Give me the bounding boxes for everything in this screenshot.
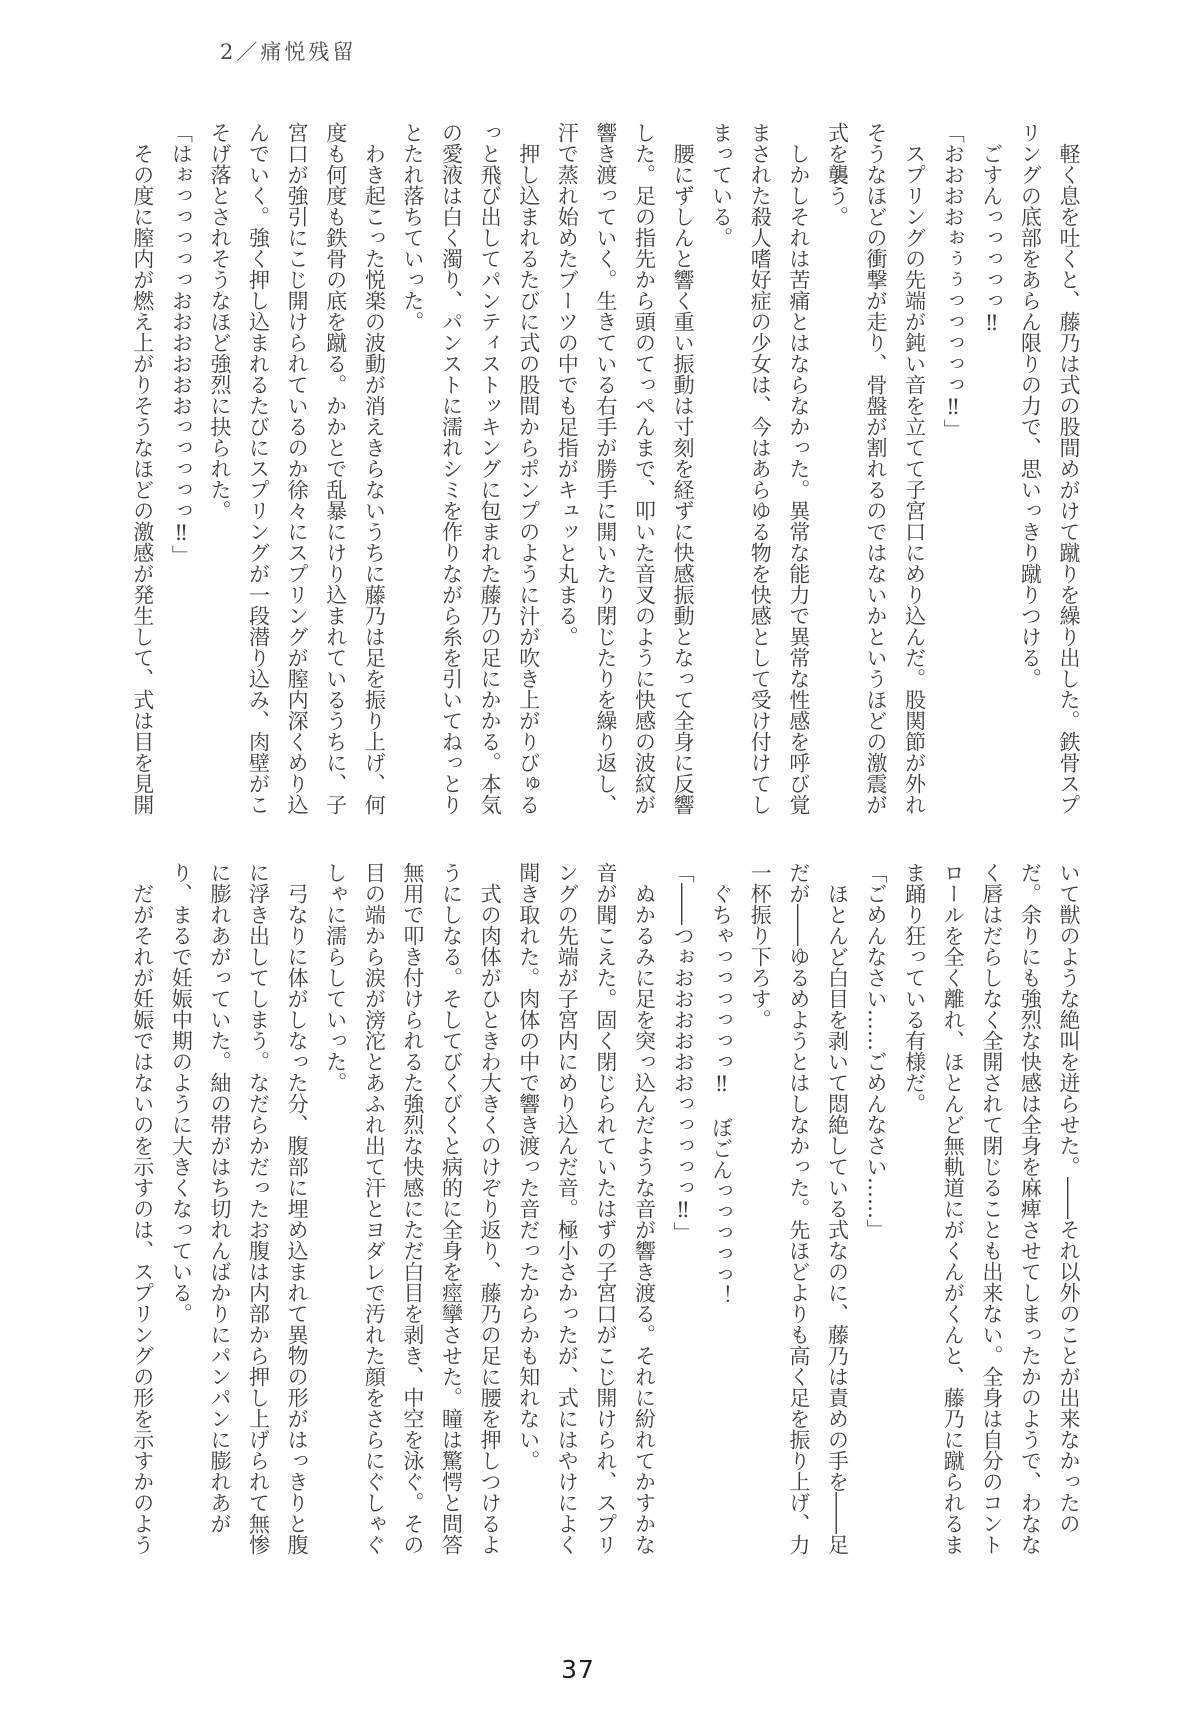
paragraph: スプリングの先端が鈍い音を立てて子宮口にめり込んだ。股関節が外れそうなほどの衝撃… <box>818 122 934 815</box>
paragraph-sfx: ごすんっっっっっ‼ <box>972 122 1011 815</box>
paragraph-sfx: ぐちゃっっっっっっ‼ ぼごんっっっっっ！ <box>702 862 741 1555</box>
paragraph: 式の肉体がひときわ大きくのけぞり返り、藤乃の足に腰を押しつけるようにしなる。そし… <box>316 862 509 1555</box>
scanned-page: 2／痛悦残留 軽く息を吐くと、藤乃は式の股間めがけて蹴りを繰り出した。鉄骨スプリ… <box>0 0 1200 1711</box>
paragraph: 腰にずしんと響く重い振動は寸刻を経ずに快感振動となって全身に反響した。足の指先か… <box>548 122 702 815</box>
paragraph: だがそれが妊娠ではないのを示すのは、スプリングの形を示すかのよう <box>123 862 162 1555</box>
paragraph: 押し込まれるたびに式の股間からポンプのように汁が吹き上がりびゅるっと飛び出してパ… <box>393 122 547 815</box>
paragraph: わき起こった悦楽の波動が消えきらないうちに藤乃は足を振り上げ、何度も何度も鉄骨の… <box>200 122 393 815</box>
page-number: 37 <box>0 1655 1156 1684</box>
paragraph-dialogue: 「――つぉおおおおおおっっっっっ‼」 <box>663 862 702 1555</box>
paragraph: しかしそれは苦痛とはならなかった。異常な能力で異常な性感を呼び覚まされた殺人嗜好… <box>702 122 818 815</box>
paragraph: 軽く息を吐くと、藤乃は式の股間めがけて蹴りを繰り出した。鉄骨スプリングの底部をあ… <box>1011 122 1088 815</box>
paragraph-dialogue: 「はぉっっっっっおおおおおおっっっっっ‼」 <box>162 122 201 815</box>
text-block-top: 軽く息を吐くと、藤乃は式の股間めがけて蹴りを繰り出した。鉄骨スプリングの底部をあ… <box>120 122 1088 815</box>
paragraph: いて獣のような絶叫を迸らせた。――それ以外のことが出来なかったのだ。余りにも強烈… <box>895 862 1088 1555</box>
paragraph: ほとんど白目を剥いて悶絶している式なのに、藤乃は責めの手を――足だが――ゆるめよ… <box>741 862 857 1555</box>
paragraph-dialogue: 「ごめんなさい……ごめんなさい……」 <box>856 862 895 1555</box>
paragraph: ぬかるみに足を突っ込んだような音が響き渡る。それに紛れてかすかな音が聞こえた。固… <box>509 862 663 1555</box>
chapter-header: 2／痛悦残留 <box>220 36 356 66</box>
paragraph-dialogue: 「おおおおぉぅぅっっっっっ‼」 <box>934 122 973 815</box>
paragraph: 弓なりに体がしなった分、腹部に埋め込まれて異物の形がはっきりと腹に浮き出してしま… <box>162 862 316 1555</box>
paragraph: その度に膣内が燃え上がりそうなほどの激感が発生して、式は目を見開 <box>123 122 162 815</box>
text-block-bottom: いて獣のような絶叫を迸らせた。――それ以外のことが出来なかったのだ。余りにも強烈… <box>120 862 1088 1555</box>
